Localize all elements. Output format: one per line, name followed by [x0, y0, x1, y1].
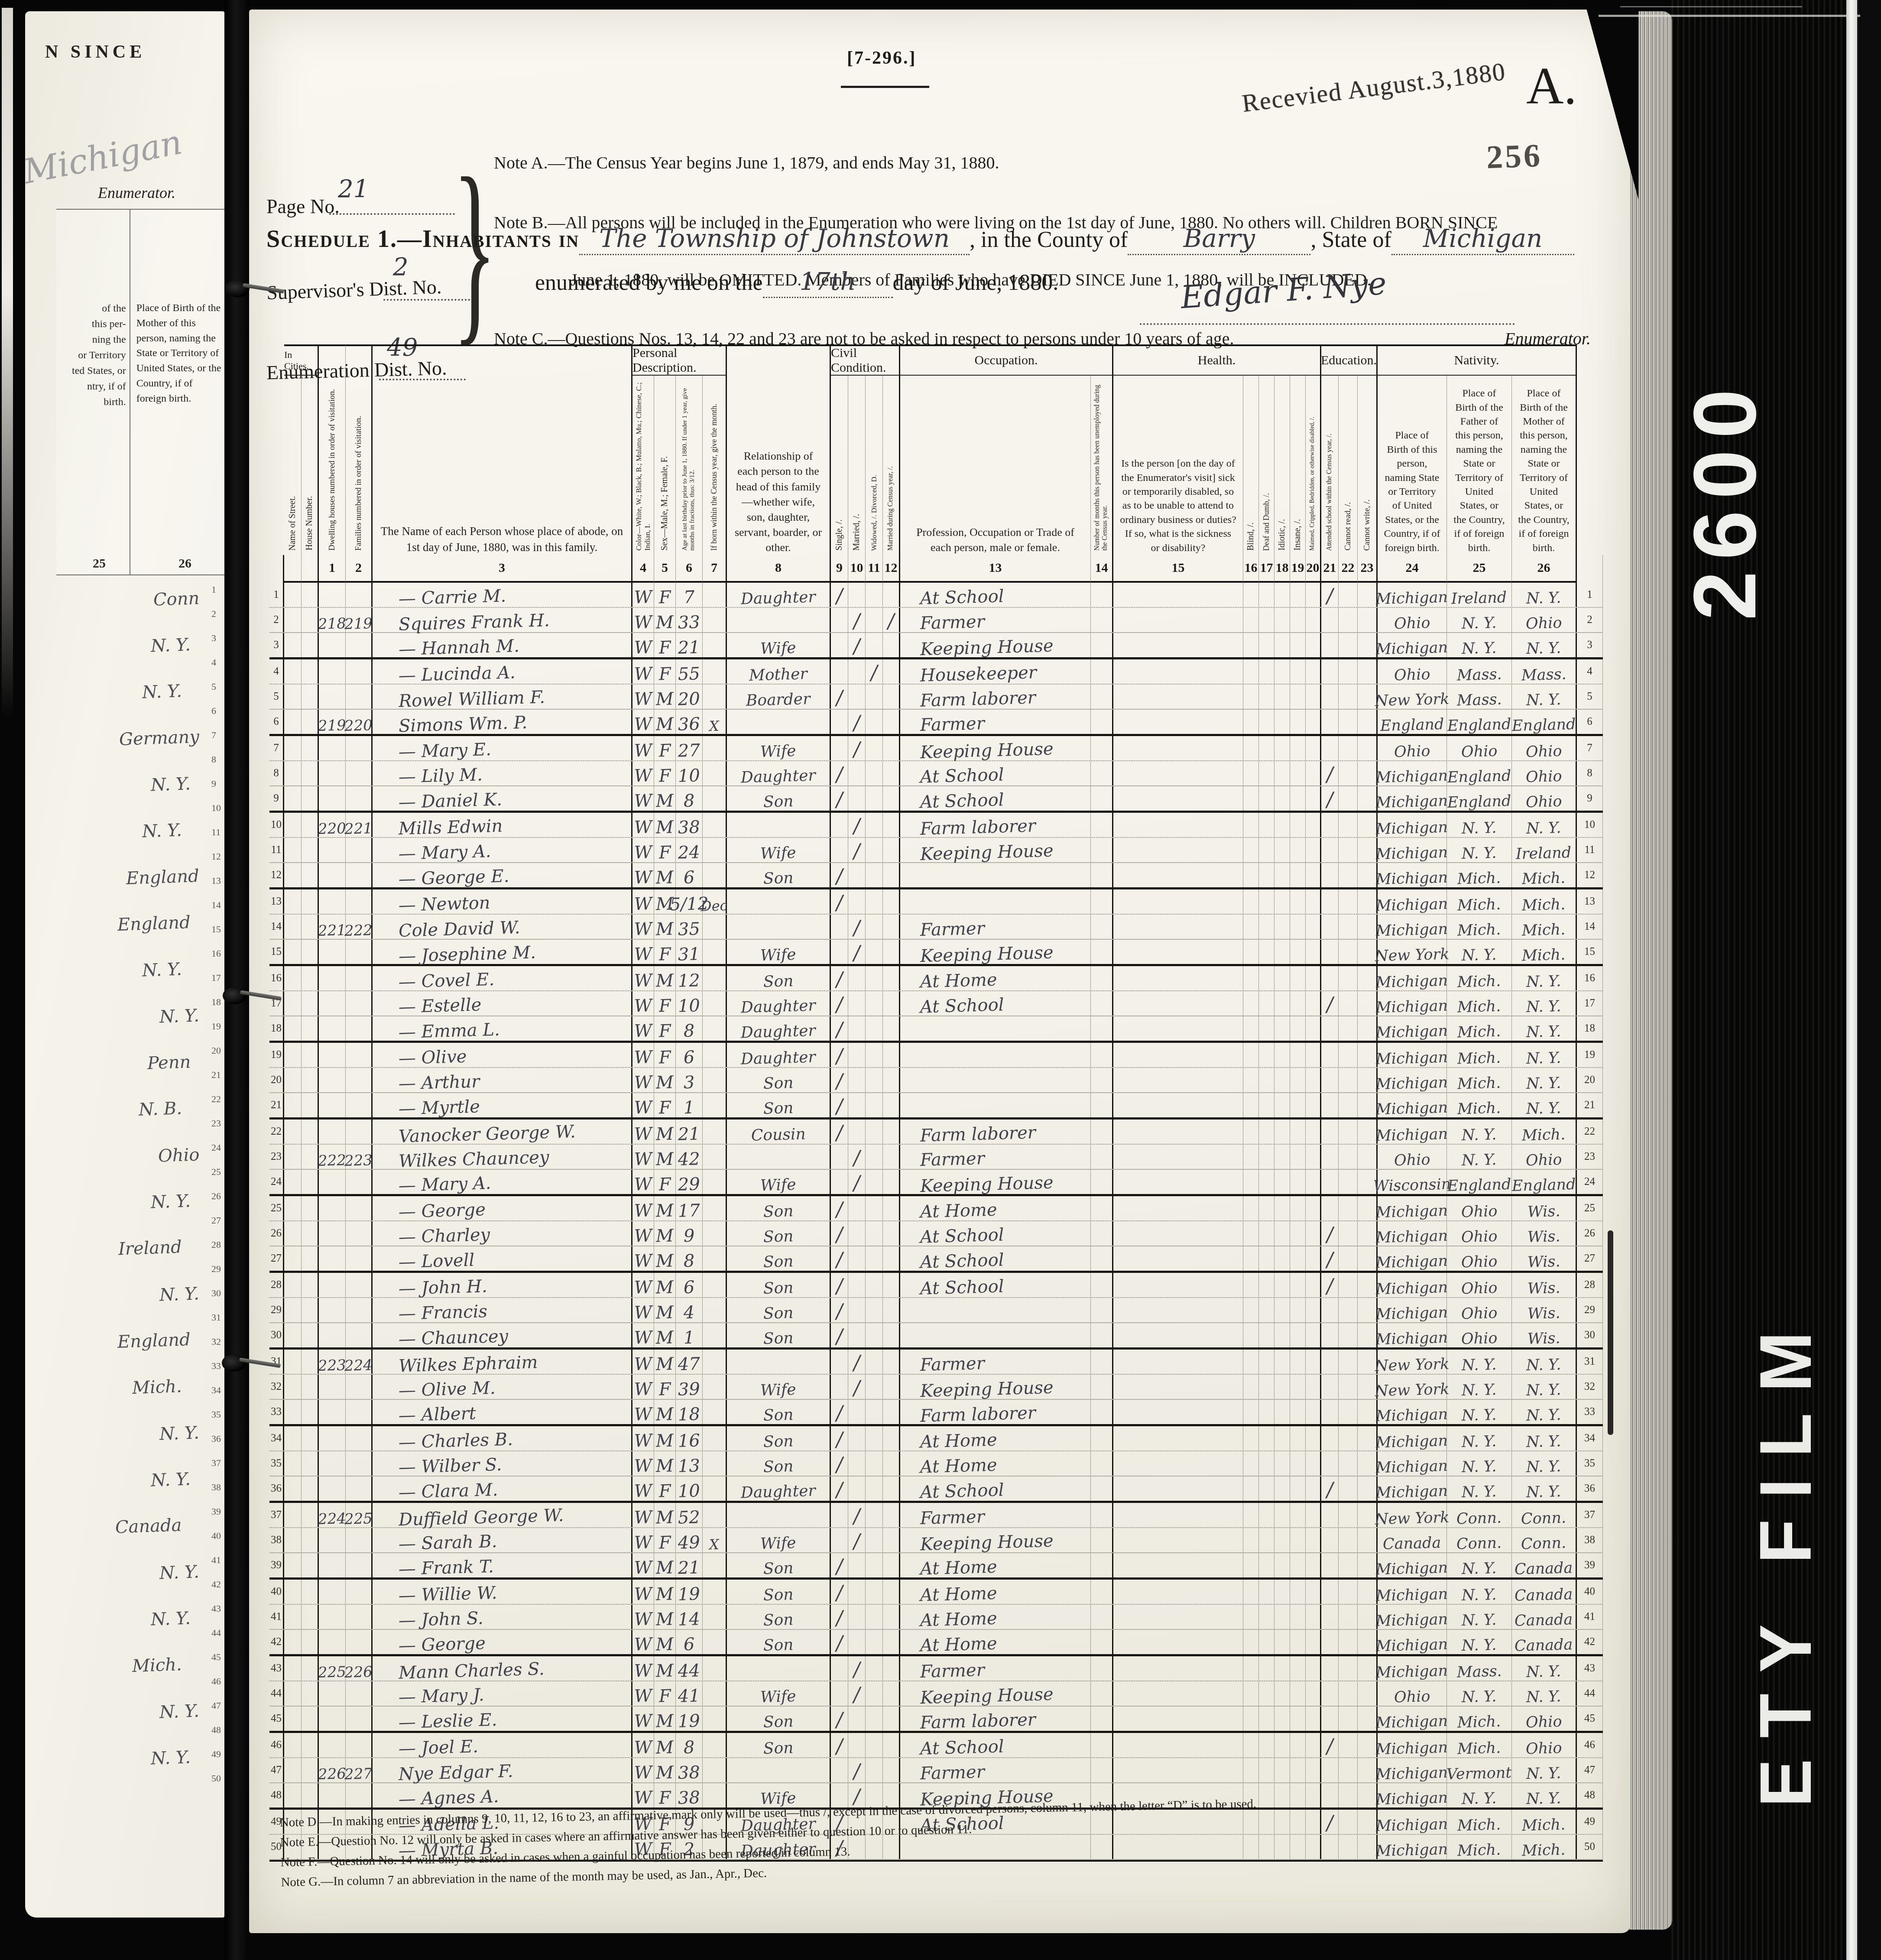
state-label: , State of [1310, 227, 1391, 253]
cell-birthplace-person: Michigan [1378, 889, 1447, 914]
cell-single [831, 1375, 848, 1399]
cell-color-text: W [634, 1126, 652, 1144]
cell-color-text: W [634, 844, 652, 862]
cell-attended-school: / [1321, 1733, 1339, 1757]
cell-blind [1243, 1553, 1259, 1577]
line-number-left: 19 [269, 1043, 284, 1067]
cell-married [848, 1196, 866, 1220]
header-dwelling: Dwelling houses numbered in order of vis… [319, 376, 346, 555]
cell-occupation-text: At Home [920, 1432, 997, 1452]
cell-birthplace-mother-text: England [1511, 717, 1576, 735]
cell-maimed [1306, 1553, 1321, 1577]
cell-sickness [1113, 1221, 1243, 1246]
cell-birthplace-person: Michigan [1378, 633, 1447, 657]
cell-relationship-text: Son [763, 1101, 794, 1118]
cell-single [831, 1681, 848, 1706]
safety-film-text: ETY FILM [1737, 1158, 1835, 1960]
cell-street [284, 1707, 302, 1731]
cell-blind [1243, 1528, 1259, 1552]
left-page-line-number: 39 [211, 1506, 221, 1517]
cell-sex: M [654, 1426, 676, 1451]
cell-maimed [1306, 1400, 1321, 1424]
cell-birthplace-father-text: N. Y. [1462, 641, 1497, 658]
cell-birthplace-mother-text: Wis. [1527, 1306, 1560, 1323]
cell-name: — John S. [373, 1605, 632, 1629]
cell-widowed [866, 633, 883, 657]
cell-cannot-read [1339, 1580, 1358, 1604]
cell-birthplace-mother-text: Ohio [1525, 744, 1562, 761]
cell-age: 13 [676, 1451, 703, 1476]
cell-birthplace-father-text: Conn. [1456, 1536, 1502, 1553]
cell-occupation: Keeping House [900, 1375, 1091, 1399]
cell-widowed [866, 1350, 883, 1374]
cell-married-census-year [883, 915, 900, 939]
census-row: 42— GeorgeWM6Son/At HomeMichiganN. Y.Can… [269, 1630, 1603, 1656]
cell-blind [1243, 940, 1259, 964]
cell-birthplace-person: Ohio [1378, 1681, 1447, 1706]
cell-blind [1243, 1323, 1259, 1347]
cell-birth-month [703, 1451, 727, 1476]
cell-color-text: W [634, 1022, 652, 1041]
cell-single [831, 736, 848, 760]
cell-widowed [866, 813, 883, 837]
cell-married-census-year [883, 1323, 900, 1347]
cell-age: 55 [676, 659, 703, 684]
cell-color: W [632, 991, 654, 1016]
cell-name: — George E. [373, 863, 632, 887]
cell-sickness [1113, 1528, 1243, 1552]
group-personal-description: Personal Description. [632, 344, 727, 376]
cell-sickness [1113, 1476, 1243, 1501]
cell-birthplace-mother: N. Y. [1512, 1451, 1577, 1476]
cell-age: 31 [676, 940, 703, 964]
cell-attended-school [1321, 736, 1339, 760]
cell-blind [1243, 1580, 1259, 1604]
cell-married-census-year [883, 1707, 900, 1731]
cell-sickness [1113, 1246, 1243, 1271]
cell-birth-month-text: X [709, 1538, 720, 1552]
cell-months-unemployed [1091, 915, 1113, 939]
cell-maimed [1306, 940, 1321, 964]
cell-married-text: / [853, 944, 860, 964]
cell-sex: F [654, 761, 676, 785]
cell-name: Mills Edwin [373, 813, 632, 837]
cell-birthplace-mother: Canada [1512, 1553, 1577, 1577]
cell-married-text: / [853, 842, 860, 862]
cell-birthplace-mother-text: N. Y. [1526, 1665, 1561, 1681]
cell-birthplace-father-text: England [1447, 794, 1511, 811]
census-row: 37224225Duffield George W.WM52/FarmerNew… [269, 1503, 1603, 1528]
cell-married: / [848, 608, 866, 632]
cell-color: W [632, 1068, 654, 1092]
cell-insane [1290, 838, 1306, 862]
cell-idiotic [1275, 966, 1290, 990]
cell-single: / [831, 1221, 848, 1246]
cell-sickness [1113, 1145, 1243, 1169]
cell-single-text: / [836, 790, 843, 811]
cell-birthplace-mother: Ireland [1512, 838, 1577, 862]
left-page-line-number: 50 [211, 1773, 221, 1784]
cell-relationship-text: Son [763, 1331, 794, 1348]
cell-sex-text: M [655, 1457, 674, 1476]
previous-page-fragment: N SINCE Michigan Enumerator. of the this… [25, 11, 224, 1918]
cell-street [284, 1758, 302, 1782]
cell-birthplace-person: New York [1378, 685, 1447, 709]
census-row: 18— Emma L.WF8Daughter/MichiganMich.N. Y… [269, 1016, 1603, 1043]
cell-single: / [831, 1630, 848, 1654]
cell-married [848, 1580, 866, 1604]
cell-name: — Mary A. [373, 1170, 632, 1194]
cell-blind [1243, 863, 1259, 887]
line-number-left: 18 [269, 1016, 284, 1041]
cell-relationship [727, 1758, 831, 1782]
cell-relationship-text: Son [763, 974, 794, 991]
cell-sickness [1113, 838, 1243, 862]
cell-age: 21 [676, 1120, 703, 1144]
cell-sickness [1113, 1298, 1243, 1322]
cell-married-text: / [853, 740, 860, 760]
cell-deaf-dumb [1259, 966, 1275, 990]
cell-sex: F [654, 1016, 676, 1041]
cell-birthplace-person: Michigan [1378, 1656, 1447, 1681]
cell-occupation-text: Farmer [920, 715, 985, 735]
cell-relationship: Son [727, 1426, 831, 1451]
cell-street [284, 1426, 302, 1451]
cell-relationship-text: Son [763, 1459, 794, 1476]
cell-birth-month [703, 1656, 727, 1681]
cell-months-unemployed [1091, 1120, 1113, 1144]
cell-occupation: Keeping House [900, 1681, 1091, 1706]
cell-sex-text: M [655, 1509, 674, 1527]
cell-birthplace-mother: N. Y. [1512, 1656, 1577, 1681]
cell-birthplace-person-text: Michigan [1376, 1612, 1448, 1630]
cell-attended-school [1321, 659, 1339, 684]
cell-relationship-text: Son [763, 1638, 794, 1655]
cell-occupation: Farmer [900, 915, 1091, 939]
cell-cannot-read [1339, 1528, 1358, 1552]
signature-line [1140, 323, 1515, 325]
cell-cannot-write [1358, 786, 1378, 811]
cell-age: 19 [676, 1707, 703, 1731]
cell-birthplace-father-text: Mass. [1456, 692, 1502, 709]
line-number-left: 35 [269, 1451, 284, 1476]
cell-birth-month [703, 1681, 727, 1706]
cell-age-text: 19 [678, 1586, 700, 1604]
cell-street [284, 966, 302, 990]
census-row: 21— MyrtleWF1Son/MichiganMich.N. Y.21 [269, 1093, 1603, 1120]
cell-relationship-text: Son [763, 1306, 794, 1323]
cell-occupation: Keeping House [900, 736, 1091, 760]
left-page-line-number: 15 [211, 924, 221, 935]
left-page-line-number: 1 [211, 584, 216, 595]
cell-family-number [346, 736, 373, 760]
cell-birthplace-mother: England [1512, 1170, 1577, 1194]
cell-deaf-dumb [1259, 1426, 1275, 1451]
census-row: 33— AlbertWM18Son/Farm laborerMichiganN.… [269, 1400, 1603, 1426]
cell-sex: F [654, 1783, 676, 1807]
cell-name: — John H. [373, 1273, 632, 1297]
cell-occupation: Housekeeper [900, 659, 1091, 684]
cell-name: — Frank T. [373, 1553, 632, 1577]
cell-sex-text: F [658, 743, 671, 761]
census-row: 14221222Cole David W.WM35/FarmerMichigan… [269, 915, 1603, 940]
cell-widowed [866, 940, 883, 964]
header-married-census-year: Married during Census year, /. [883, 376, 900, 555]
line-number-right: 4 [1577, 659, 1603, 684]
cell-married: / [848, 1656, 866, 1681]
cell-occupation: Keeping House [900, 633, 1091, 657]
cell-relationship: Son [727, 1451, 831, 1476]
cell-age: 4 [676, 1298, 703, 1322]
cell-cannot-read [1339, 1120, 1358, 1144]
cell-dwelling-number [319, 1170, 346, 1194]
census-table: In Cities. Personal Description. Civil C… [269, 344, 1603, 1862]
cell-occupation-text: At Home [920, 1635, 997, 1655]
cell-street [284, 1451, 302, 1476]
left-page-line-number: 29 [211, 1263, 221, 1275]
cell-birthplace-mother: Mich. [1512, 1120, 1577, 1144]
cell-birthplace-person: Michigan [1378, 1016, 1447, 1041]
cell-maimed [1306, 1605, 1321, 1629]
cell-street [284, 1553, 302, 1577]
cell-birthplace-person: Michigan [1378, 1246, 1447, 1271]
line-number-left: 23 [269, 1145, 284, 1169]
cell-color-text: W [634, 1662, 652, 1681]
cell-idiotic [1275, 1246, 1290, 1271]
cell-color: W [632, 1350, 654, 1374]
cell-birthplace-father-text: N. Y. [1462, 1358, 1497, 1374]
cell-months-unemployed [1091, 1068, 1113, 1092]
cell-single-text: / [836, 1710, 843, 1731]
census-row: 1— Carrie M.WF7Daughter/At School/Michig… [269, 583, 1603, 608]
cell-married-census-year [883, 736, 900, 760]
cell-birth-month [703, 1707, 727, 1731]
cell-birthplace-father: Vermont [1447, 1758, 1512, 1782]
left-page-line-number: 10 [211, 802, 221, 814]
cell-attended-school [1321, 1426, 1339, 1451]
cell-widowed [866, 1707, 883, 1731]
cell-name: — Myrtle [373, 1093, 632, 1117]
cell-sickness [1113, 1681, 1243, 1706]
cell-name-text: — Leslie E. [398, 1712, 497, 1732]
cell-occupation-text: Farm laborer [920, 1405, 1036, 1425]
cell-age: 29 [676, 1170, 703, 1194]
cell-birthplace-father-text: Mich. [1457, 1051, 1501, 1068]
header-blind-text: Blind, /. [1245, 518, 1257, 555]
cell-age-text: 10 [678, 1483, 700, 1501]
cell-name: Rowel William F. [373, 685, 632, 709]
header-married: Married, /. [848, 376, 866, 555]
cell-house-number [302, 1426, 319, 1451]
cell-birthplace-person-text: Michigan [1376, 1765, 1448, 1783]
cell-months-unemployed [1091, 1221, 1113, 1246]
cell-deaf-dumb [1259, 633, 1275, 657]
cell-birthplace-person-text: Michigan [1376, 1637, 1448, 1655]
cell-house-number [302, 736, 319, 760]
cell-single-text: / [836, 1097, 843, 1117]
line-number-right: 1 [1577, 583, 1603, 607]
cell-birthplace-mother: N. Y. [1512, 1068, 1577, 1092]
header-cannot-read: Cannot read, /. [1339, 376, 1358, 555]
spacer [269, 344, 284, 376]
cell-birth-month [703, 940, 727, 964]
census-row: 23222223Wilkes ChaunceyWM42/FarmerOhioN.… [269, 1145, 1603, 1170]
cell-insane [1290, 710, 1306, 734]
cell-name-text: — Joel E. [398, 1738, 478, 1758]
cell-sickness [1113, 991, 1243, 1016]
cell-married-census-year: / [883, 608, 900, 632]
cell-cannot-read [1339, 991, 1358, 1016]
cell-relationship: Son [727, 1733, 831, 1757]
cell-birth-month [703, 1196, 727, 1220]
cell-deaf-dumb [1259, 1476, 1275, 1501]
cell-married-census-year [883, 1375, 900, 1399]
cell-birthplace-person-text: Michigan [1376, 1204, 1448, 1221]
cell-house-number [302, 1553, 319, 1577]
cell-married-census-year [883, 633, 900, 657]
cell-occupation: At School [900, 1476, 1091, 1501]
cell-insane [1290, 863, 1306, 887]
cell-married-text: / [853, 1379, 860, 1399]
cell-maimed [1306, 1016, 1321, 1041]
film-white-stripe [1846, 0, 1857, 1960]
cell-birthplace-person-text: Michigan [1376, 1459, 1448, 1476]
cell-dwelling-number [319, 1298, 346, 1322]
cell-house-number [302, 889, 319, 914]
line-number-right: 2 [1577, 608, 1603, 632]
cell-single: / [831, 1476, 848, 1501]
cell-name: — Charles B. [373, 1426, 632, 1451]
header-widowed-text: Widowed, /. Divorced, D. [869, 471, 880, 555]
line-number-right: 18 [1577, 1016, 1603, 1041]
cell-birthplace-father-text: N. Y. [1462, 1460, 1497, 1476]
cell-birthplace-father: Ohio [1447, 1246, 1512, 1271]
cell-birthplace-person-text: New York [1375, 947, 1449, 965]
cell-sickness [1113, 685, 1243, 709]
left-page-entry: N. Y. [159, 1006, 199, 1027]
spacer [1577, 376, 1603, 555]
cell-blind [1243, 1426, 1259, 1451]
cell-occupation: Keeping House [900, 940, 1091, 964]
cell-cannot-read [1339, 761, 1358, 785]
cell-widowed [866, 991, 883, 1016]
cell-age-text: 41 [678, 1687, 700, 1706]
cell-insane [1290, 761, 1306, 785]
cell-dwelling-number [319, 736, 346, 760]
cell-birthplace-person-text: Michigan [1376, 922, 1448, 940]
cell-sex: M [654, 1246, 676, 1271]
cell-deaf-dumb [1259, 1043, 1275, 1067]
cell-color: W [632, 1758, 654, 1782]
cell-birthplace-person-text: Michigan [1376, 640, 1448, 658]
cell-name: Duffield George W. [373, 1503, 632, 1527]
cell-single [831, 915, 848, 939]
cell-idiotic [1275, 761, 1290, 785]
cell-age-text: 42 [678, 1151, 700, 1169]
cell-insane [1290, 1630, 1306, 1654]
cell-birthplace-mother: Canada [1512, 1580, 1577, 1604]
cell-attended-school: / [1321, 1246, 1339, 1271]
cell-relationship-text: Daughter [741, 768, 816, 786]
cell-color: W [632, 1681, 654, 1706]
cell-birthplace-person-text: Michigan [1376, 870, 1448, 888]
cell-occupation [900, 1043, 1091, 1067]
cell-color: W [632, 1043, 654, 1067]
cell-married [848, 991, 866, 1016]
cell-attended-school-text: / [1326, 1225, 1333, 1246]
cell-relationship: Son [727, 1246, 831, 1271]
cell-attended-school [1321, 863, 1339, 887]
cell-widowed [866, 710, 883, 734]
cell-dwelling-number: 221 [319, 915, 346, 939]
group-health: Health. [1113, 344, 1321, 376]
cell-single: / [831, 1707, 848, 1731]
line-number-left: 47 [269, 1758, 284, 1782]
cell-age: 35 [676, 915, 703, 939]
cell-family-number-text: 222 [344, 923, 373, 939]
cell-married-census-year [883, 1068, 900, 1092]
cell-birthplace-father-text: Mich. [1457, 1741, 1501, 1758]
cell-name-text: — Newton [398, 895, 490, 915]
cell-idiotic [1275, 863, 1290, 887]
cell-single: / [831, 1553, 848, 1577]
cell-married: / [848, 1783, 866, 1807]
cell-birthplace-father: Mich. [1447, 1707, 1512, 1731]
cell-single: / [831, 1605, 848, 1629]
cell-insane [1290, 1323, 1306, 1347]
cell-birth-month [703, 1553, 727, 1577]
cell-sex: F [654, 1375, 676, 1399]
cell-married-text: / [853, 1532, 860, 1552]
cell-occupation [900, 863, 1091, 887]
cell-house-number [302, 1016, 319, 1041]
cell-relationship: Son [727, 1221, 831, 1246]
cell-single: / [831, 1733, 848, 1757]
cell-widowed [866, 1093, 883, 1117]
header-deaf-text: Deaf and Dumb, /. [1261, 489, 1272, 555]
cell-occupation: Farm laborer [900, 685, 1091, 709]
cell-name: — Newton [373, 889, 632, 914]
cell-birthplace-person: Michigan [1378, 991, 1447, 1016]
cell-relationship: Son [727, 1068, 831, 1092]
col26-header-fragment: Place of Birth of the Mother of this per… [130, 210, 228, 574]
cell-cannot-read [1339, 1476, 1358, 1501]
cell-deaf-dumb [1259, 1503, 1275, 1527]
cell-birthplace-mother: Wis. [1512, 1323, 1577, 1347]
cell-cannot-write [1358, 1016, 1378, 1041]
cell-color-text: W [634, 1356, 652, 1374]
group-occupation: Occupation. [900, 344, 1113, 376]
cell-sickness [1113, 1068, 1243, 1092]
cell-occupation-text: Keeping House [920, 1175, 1054, 1196]
cell-birthplace-father-text: Conn. [1456, 1511, 1502, 1528]
cell-color: W [632, 736, 654, 760]
cell-age-text: 47 [678, 1356, 700, 1374]
cell-color: W [632, 1656, 654, 1681]
cell-age: 38 [676, 813, 703, 837]
cell-married: / [848, 1375, 866, 1399]
line-number-left: 9 [269, 786, 284, 811]
cell-insane [1290, 1426, 1306, 1451]
cell-blind [1243, 991, 1259, 1016]
cell-married: / [848, 813, 866, 837]
cell-name: — Chauncey [373, 1323, 632, 1347]
cell-birthplace-father-text: N. Y. [1462, 1153, 1497, 1169]
cell-birthplace-mother: Canada [1512, 1630, 1577, 1654]
cell-birthplace-mother: N. Y. [1512, 1681, 1577, 1706]
cell-age: 14 [676, 1605, 703, 1629]
cell-birth-month [703, 813, 727, 837]
